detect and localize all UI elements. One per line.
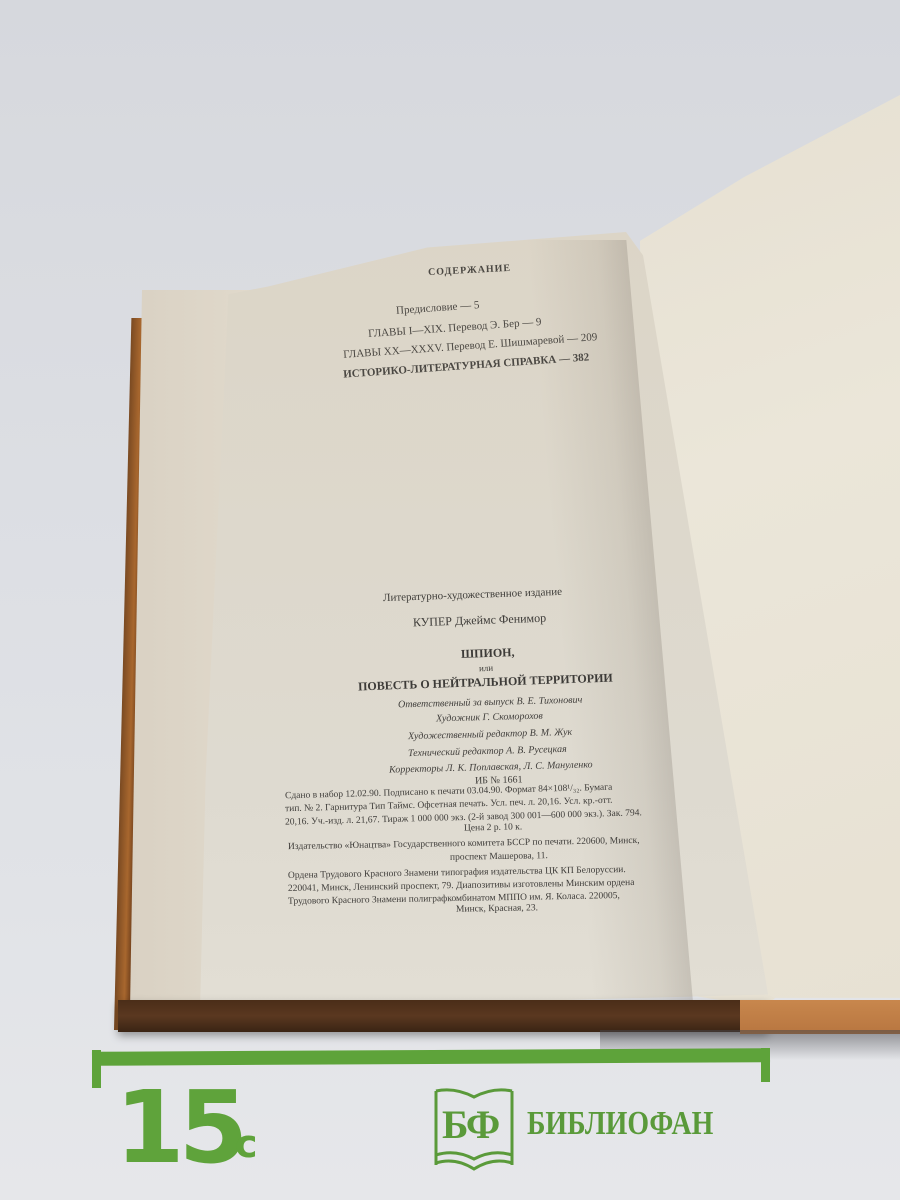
- book-cover-bottom: [118, 1000, 768, 1032]
- book-title: ШПИОН,: [461, 645, 515, 662]
- label-green-bar: [92, 1048, 770, 1066]
- book-cover-bottom-right: [740, 1000, 900, 1034]
- logo-letters: БФ: [442, 1100, 498, 1150]
- price-number: 15: [115, 1078, 242, 1178]
- label-bar-left-tick: [92, 1050, 101, 1088]
- book-price: Цена 2 р. 10 к.: [464, 822, 522, 833]
- photo-scene: сеадоаясбуяабрнбтсгжсндкучбмлнк СОДЕРЖАН…: [0, 0, 900, 1200]
- label-bar-right-tick: [761, 1048, 770, 1082]
- title-or: или: [479, 663, 493, 673]
- price-currency: с: [235, 1122, 258, 1166]
- publisher-line: проспект Машерова, 11.: [450, 851, 548, 863]
- brand-name: БИБЛИОФАН: [527, 1102, 713, 1146]
- printer-line: Минск, Красная, 23.: [456, 903, 538, 914]
